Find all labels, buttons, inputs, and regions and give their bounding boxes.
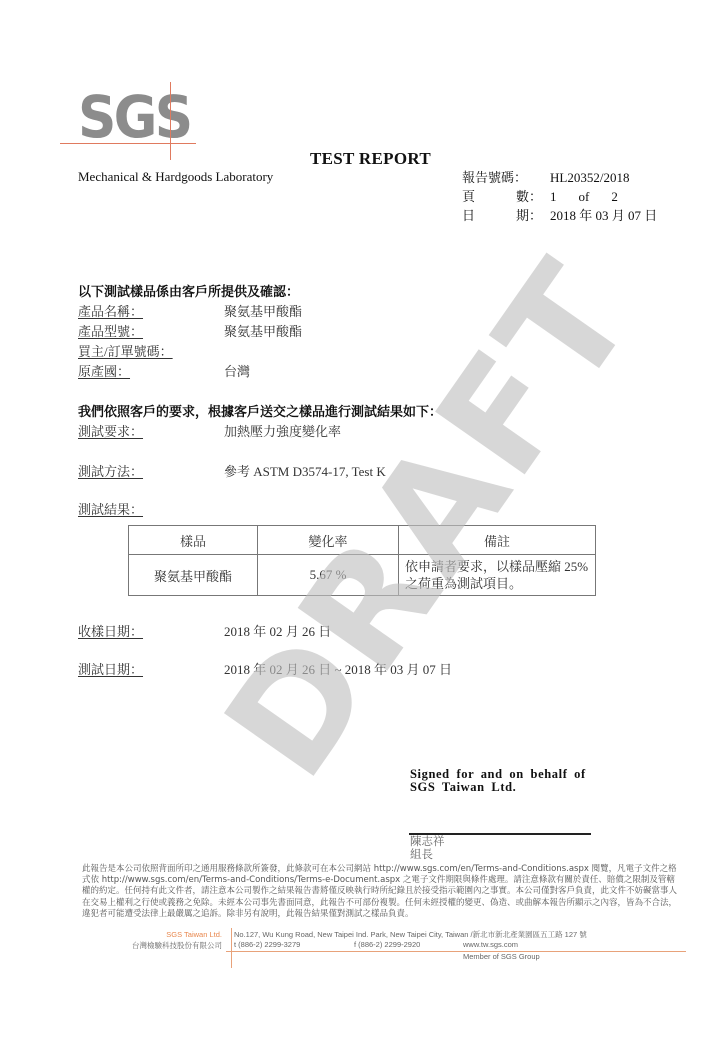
table-header-row: 樣品 變化率 備註 xyxy=(129,526,596,555)
field-value: 加熱壓力強度變化率 xyxy=(224,422,341,442)
field-label: 產品型號： xyxy=(78,322,224,342)
report-meta: 報告號碼： HL20352/2018 頁 數： 1 of 2 日 期： 2018… xyxy=(462,168,657,225)
report-number-label: 報告號碼： xyxy=(462,168,542,187)
dates-section: 收樣日期： 2018 年 02 月 26 日 測試日期： 2018 年 02 月… xyxy=(78,622,452,680)
field-product-model: 產品型號： 聚氨基甲酸酯 xyxy=(78,322,302,342)
footer-company-en: SGS Taiwan Ltd. xyxy=(120,929,222,940)
date-label-part1: 日 xyxy=(462,206,475,225)
cell-remark: 依申請者要求，以樣品壓縮 25% 之荷重為測試項目。 xyxy=(399,555,596,596)
signature-line2: SGS Taiwan Ltd. xyxy=(410,781,586,794)
page-total: 2 xyxy=(611,187,618,206)
field-label: 測試方法： xyxy=(78,462,224,482)
page-label-part2: 數： xyxy=(516,187,542,206)
signer: 陳志祥 組長 xyxy=(410,836,445,862)
sample-info-section: 以下測試樣品係由客戶所提供及確認： 產品名稱： 聚氨基甲酸酯 產品型號： 聚氨基… xyxy=(78,282,302,382)
header-sample: 樣品 xyxy=(129,526,258,555)
e-document-terms-link[interactable]: www.sgs.com/en/Terms-and-Conditions/Term… xyxy=(128,875,400,885)
page-of: of xyxy=(579,187,590,206)
date-label-part2: 期： xyxy=(516,206,542,225)
signer-position: 組長 xyxy=(410,849,445,862)
report-date: 2018 年 03 月 07 日 xyxy=(550,206,657,225)
test-info-section: 我們依照客戶的要求，根據客戶送交之樣品進行測試結果如下： 測試要求： 加熱壓力強… xyxy=(78,402,442,520)
sgs-logo: SGS xyxy=(78,88,190,146)
footer-member: Member of SGS Group xyxy=(463,952,540,961)
signature-block: Signed for and on behalf of SGS Taiwan L… xyxy=(410,768,586,794)
footer-telephone: t (886-2) 2299-3279 xyxy=(234,940,300,949)
page-count-row: 頁 數： 1 of 2 xyxy=(462,187,657,206)
report-title: TEST REPORT xyxy=(310,149,431,169)
test-info-heading: 我們依照客戶的要求，根據客戶送交之樣品進行測試結果如下： xyxy=(78,402,442,422)
field-value: 聚氨基甲酸酯 xyxy=(224,322,302,342)
signature-line xyxy=(409,833,591,835)
header-change-rate: 變化率 xyxy=(258,526,399,555)
footer-company: SGS Taiwan Ltd. 台灣檢驗科技股份有限公司 xyxy=(120,929,222,951)
field-buyer-order-number: 買主/訂單號碼： xyxy=(78,342,302,362)
field-label: 買主/訂單號碼： xyxy=(78,342,224,362)
report-number-row: 報告號碼： HL20352/2018 xyxy=(462,168,657,187)
field-label: 產品名稱： xyxy=(78,302,224,322)
field-value: 2018 年 02 月 26 日 ~ 2018 年 03 月 07 日 xyxy=(224,660,452,680)
footer-vertical-line xyxy=(231,928,232,968)
field-test-results: 測試結果： xyxy=(78,500,442,520)
field-received-date: 收樣日期： 2018 年 02 月 26 日 xyxy=(78,622,452,642)
disclaimer: 此報告是本公司依照背面所印之通用服務條款所簽發，此條款可在本公司網站 http:… xyxy=(82,864,682,920)
field-label: 測試要求： xyxy=(78,422,224,442)
disclaimer-text: 此報告是本公司依照背面所印之通用服務條款所簽發，此條款可在本公司網站 http:… xyxy=(82,864,400,874)
footer-website[interactable]: www.tw.sgs.com xyxy=(463,940,518,949)
header-remark: 備註 xyxy=(399,526,596,555)
field-test-date: 測試日期： 2018 年 02 月 26 日 ~ 2018 年 03 月 07 … xyxy=(78,660,452,680)
report-number: HL20352/2018 xyxy=(550,168,629,187)
field-product-name: 產品名稱： 聚氨基甲酸酯 xyxy=(78,302,302,322)
results-table: 樣品 變化率 備註 聚氨基甲酸酯 5.67 % 依申請者要求，以樣品壓縮 25%… xyxy=(128,525,596,596)
footer-fax: f (886-2) 2299-2920 xyxy=(354,940,420,949)
page-count: 1 of 2 xyxy=(550,187,618,206)
field-value: 聚氨基甲酸酯 xyxy=(224,302,302,322)
lab-name: Mechanical & Hardgoods Laboratory xyxy=(78,169,273,185)
footer-address: No.127, Wu Kung Road, New Taipei Ind. Pa… xyxy=(234,929,587,940)
field-label: 原產國： xyxy=(78,362,224,382)
field-value: 2018 年 02 月 26 日 xyxy=(224,622,331,642)
logo-horizontal-line xyxy=(60,143,196,144)
footer-company-zh: 台灣檢驗科技股份有限公司 xyxy=(120,940,222,951)
field-label: 測試結果： xyxy=(78,500,224,520)
field-label: 收樣日期： xyxy=(78,622,224,642)
field-test-requirement: 測試要求： 加熱壓力強度變化率 xyxy=(78,422,442,442)
table-row: 聚氨基甲酸酯 5.67 % 依申請者要求，以樣品壓縮 25% 之荷重為測試項目。 xyxy=(129,555,596,596)
report-date-row: 日 期： 2018 年 03 月 07 日 xyxy=(462,206,657,225)
field-test-method: 測試方法： 參考 ASTM D3574-17, Test K xyxy=(78,462,442,482)
page-current: 1 xyxy=(550,187,557,206)
cell-change-rate: 5.67 % xyxy=(258,555,399,596)
cell-sample: 聚氨基甲酸酯 xyxy=(129,555,258,596)
field-country-of-origin: 原產國： 台灣 xyxy=(78,362,302,382)
page-count-label: 頁 數： xyxy=(462,187,542,206)
page-label-part1: 頁 xyxy=(462,187,475,206)
report-date-label: 日 期： xyxy=(462,206,542,225)
signer-name: 陳志祥 xyxy=(410,836,445,849)
terms-link[interactable]: www.sgs.com/en/Terms-and-Conditions.aspx xyxy=(400,864,589,874)
field-value: 台灣 xyxy=(224,362,250,382)
footer-horizontal-line xyxy=(226,951,686,952)
logo-vertical-line xyxy=(170,82,171,160)
remark-line: 之荷重為測試項目。 xyxy=(405,575,594,592)
field-label: 測試日期： xyxy=(78,660,224,680)
field-value: 參考 ASTM D3574-17, Test K xyxy=(224,462,386,482)
remark-line: 依申請者要求，以樣品壓縮 25% xyxy=(405,558,594,575)
sample-info-heading: 以下測試樣品係由客戶所提供及確認： xyxy=(78,282,302,302)
